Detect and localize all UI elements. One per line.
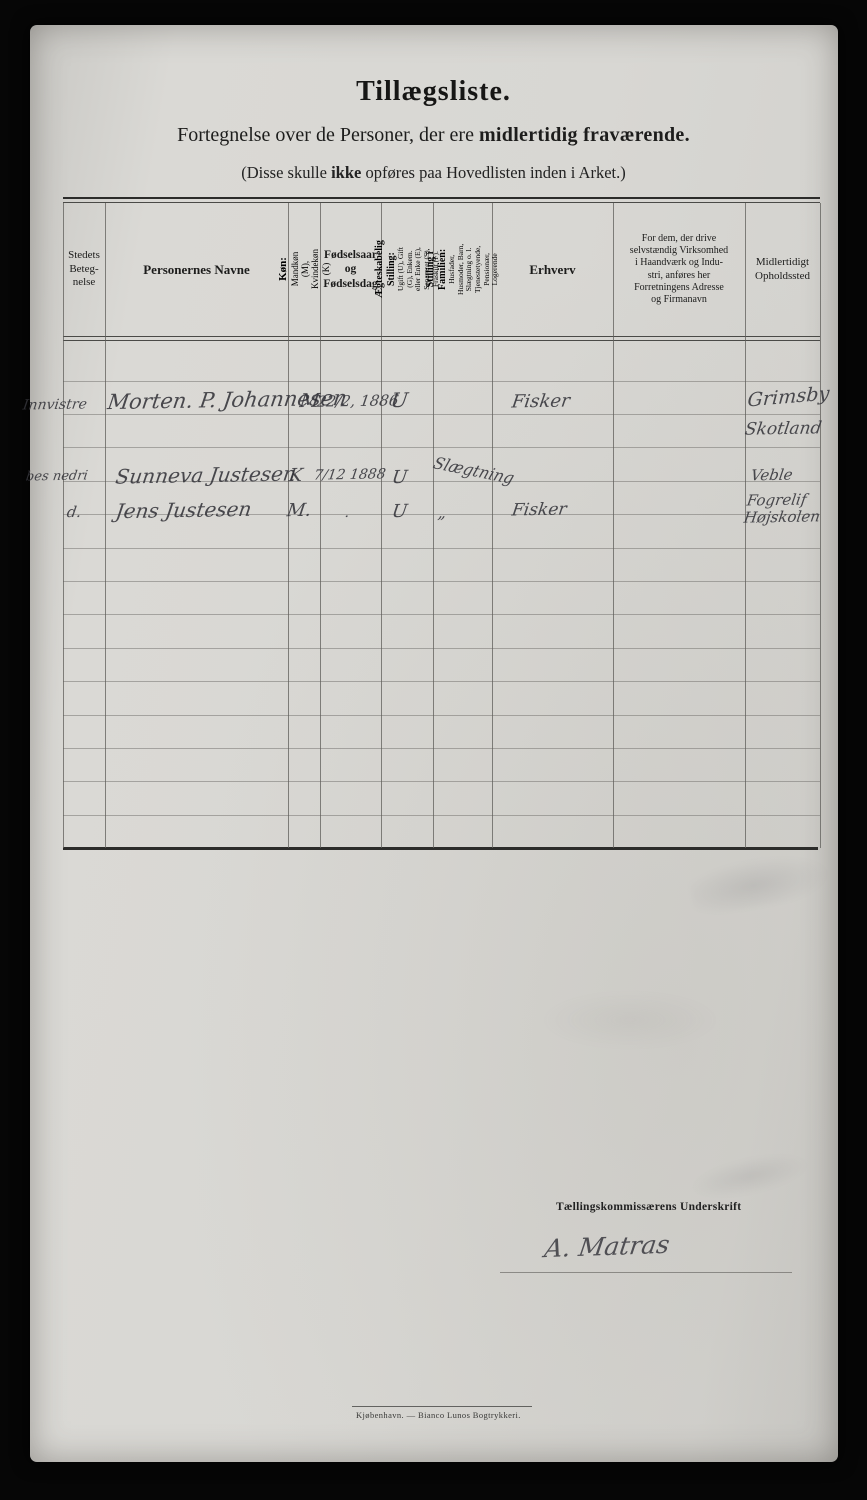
row1-erhverv: Fisker: [510, 390, 571, 412]
table-row-line: [63, 715, 820, 716]
table-row-line: [63, 614, 820, 615]
row2-aegteskabelig: U: [391, 467, 409, 488]
table-row-line: [63, 781, 820, 782]
signature-line: [500, 1272, 792, 1273]
note-bold: ikke: [331, 163, 361, 182]
table-row-line: [63, 447, 820, 448]
row1-aegteskabelig: U: [389, 388, 409, 412]
header-stilling-title: Stilling i Familien:: [425, 240, 448, 299]
row1-stedets: Innvistre: [22, 396, 88, 413]
scan-background: Tillægsliste. Fortegnelse over de Person…: [0, 0, 867, 1500]
row1-opholdssted-line2: Skotland: [743, 418, 822, 439]
row3-opholdssted-line1: Fogrelif: [746, 490, 808, 509]
header-midlertidigt-opholdssted: Midlertidigt Opholdssted: [745, 203, 820, 336]
row3-stedets: d.: [66, 503, 83, 521]
subtitle-bold: midlertidig fraværende.: [479, 124, 690, 146]
note-regular-2: opføres paa Hovedlisten inden i Arket.): [361, 163, 625, 182]
printer-imprint: Kjøbenhavn. — Bianco Lunos Bogtrykkeri.: [356, 1410, 521, 1420]
table-row-line: [63, 381, 820, 382]
table-row-line: [63, 548, 820, 549]
row2-fodselsdag: 7/12 1888: [313, 466, 387, 483]
row3-erhverv: Fisker: [511, 500, 568, 521]
table-row-line: [63, 681, 820, 682]
row2-navn: Sunneva Justesen: [114, 461, 298, 488]
document-note: (Disse skulle ikke opføres paa Hovedlist…: [0, 163, 867, 183]
header-personernes-navne: Personernes Navne: [105, 203, 288, 336]
table-top-rule-heavy: [63, 197, 820, 199]
signature-name: A. Matras: [543, 1230, 672, 1263]
table-row-line: [63, 414, 820, 415]
header-fodselsaar: Fødselsaar og Fødselsdag: [320, 203, 381, 336]
table-row-line: [63, 581, 820, 582]
row1-fodselsdag: 22/2, 1886: [316, 391, 400, 410]
table-row-line: [63, 748, 820, 749]
header-virksomhed: For dem, der drive selvstændig Virksomhe…: [613, 203, 745, 336]
table-bottom-rule-heavy: [63, 847, 818, 850]
imprint-rule: [352, 1406, 532, 1407]
subtitle-regular: Fortegnelse over de Personer, der ere: [177, 124, 479, 146]
document-title: Tillægsliste.: [0, 76, 867, 108]
table-row-line: [63, 815, 820, 816]
signature-label: Tællingskommissærens Underskrift: [556, 1201, 741, 1213]
header-erhverv: Erhverv: [492, 203, 613, 336]
row3-kon: M.: [285, 500, 312, 521]
row3-opholdssted-line2: Højskolen: [743, 507, 822, 526]
row2-stedets: bes nedri: [25, 468, 89, 484]
header-kon-title: Køn:: [277, 249, 290, 289]
row2-opholdssted-line1: Veble: [750, 466, 794, 485]
note-regular-1: (Disse skulle: [241, 163, 331, 182]
table-column-line: [820, 203, 821, 848]
row3-navn: Jens Justesen: [114, 497, 253, 523]
header-bottom-rule-1: [63, 336, 820, 337]
header-stedets-betegnelse: Stedets Beteg- nelse: [63, 203, 105, 336]
table-row-line: [63, 648, 820, 649]
header-aegteskab-title: Ægteskabelig Stilling:: [374, 241, 397, 299]
header-stilling-i-familien: Stilling i Familien: Husfader, Husmoder,…: [433, 203, 492, 336]
bleedthrough-artifact: [540, 990, 720, 1050]
document-subtitle: Fortegnelse over de Personer, der ere mi…: [0, 124, 867, 147]
row3-aegteskabelig: U: [391, 501, 409, 522]
header-kon: Køn: Mandkøn (M), Kvindekøn (K): [288, 203, 320, 336]
header-bottom-rule-2: [63, 340, 820, 341]
